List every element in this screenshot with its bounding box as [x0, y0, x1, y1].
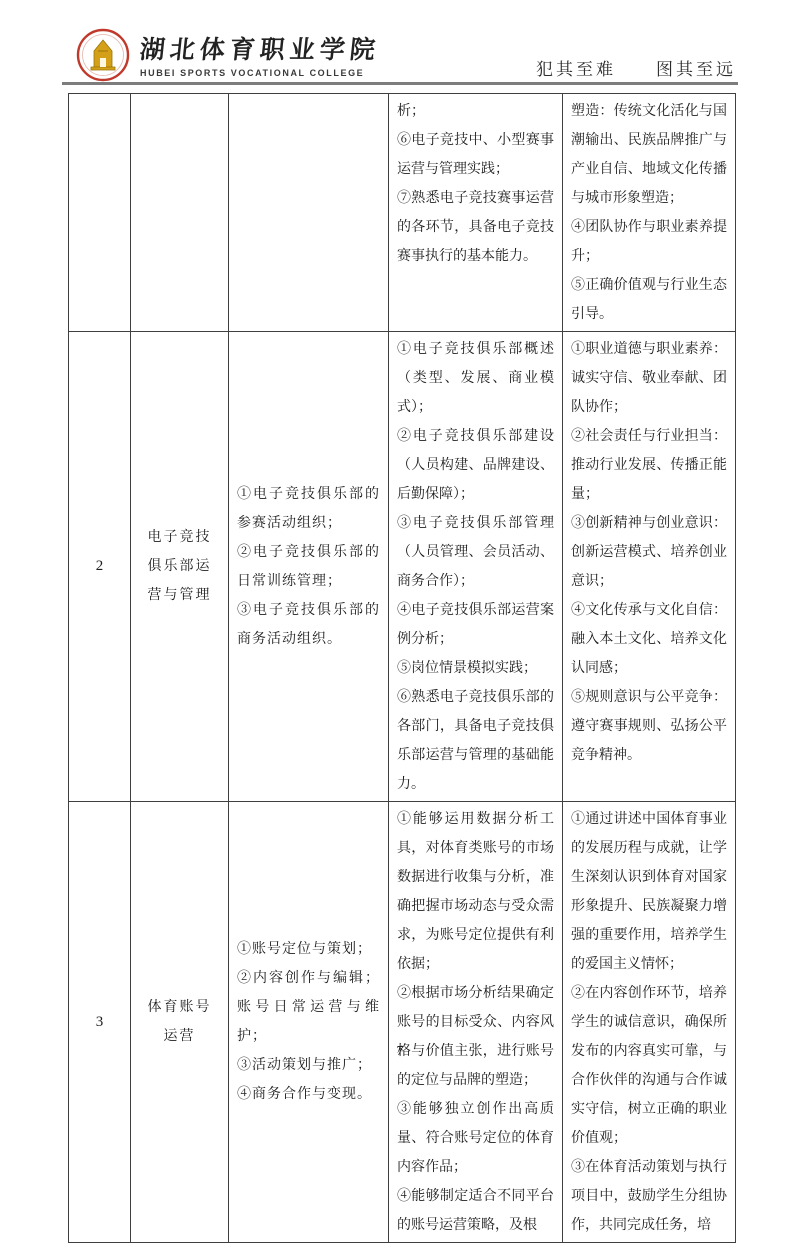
cell-tasks [229, 94, 389, 332]
cell-ideology-points: ①通过讲述中国体育事业的发展历程与成就，让学生深刻认识到体育对国家形象提升、民族… [563, 802, 736, 1243]
table-row-2: 2 电子竞技俱乐部运营与管理 ①电子竞技俱乐部的参赛活动组织； ②电子竞技俱乐部… [69, 332, 736, 802]
college-name-block: 湖北体育职业学院 HUBEI SPORTS VOCATIONAL COLLEGE [140, 30, 380, 78]
header-divider [62, 82, 738, 85]
cell-teaching-content: ①能够运用数据分析工具，对体育类账号的市场数据进行收集与分析，准确把握市场动态与… [389, 802, 563, 1243]
cell-number: 2 [69, 332, 131, 802]
cell-tasks: ①电子竞技俱乐部的参赛活动组织； ②电子竞技俱乐部的日常训练管理； ③电子竞技俱… [229, 332, 389, 802]
document-page: { "header": { "logo": "college-round-emb… [0, 0, 800, 1131]
college-motto: 犯其至难 图其至远 [536, 55, 736, 80]
college-name-english: HUBEI SPORTS VOCATIONAL COLLEGE [140, 68, 380, 78]
cell-number [69, 94, 131, 332]
cell-number: 3 [69, 802, 131, 1243]
course-content-table: 析； ⑥电子竞技中、小型赛事运营与管理实践； ⑦熟悉电子竞技赛事运营的各环节，具… [68, 93, 736, 1243]
cell-module-title: 体育账号运营 [131, 802, 229, 1243]
cell-module-title [131, 94, 229, 332]
cell-ideology-points: ①职业道德与职业素养：诚实守信、敬业奉献、团队协作； ②社会责任与行业担当：推动… [563, 332, 736, 802]
page-number: 7 [0, 1044, 800, 1060]
table-row-continuation: 析； ⑥电子竞技中、小型赛事运营与管理实践； ⑦熟悉电子竞技赛事运营的各环节，具… [69, 94, 736, 332]
cell-teaching-content: ①电子竞技俱乐部概述（类型、发展、商业模式）； ②电子竞技俱乐部建设（人员构建、… [389, 332, 563, 802]
table-row-3: 3 体育账号运营 ①账号定位与策划； ②内容创作与编辑；账号日常运营与维护； ③… [69, 802, 736, 1243]
college-emblem-icon [76, 28, 130, 82]
cell-ideology-points: 塑造：传统文化活化与国潮输出、民族品牌推广与产业自信、地域文化传播与城市形象塑造… [563, 94, 736, 332]
cell-tasks: ①账号定位与策划； ②内容创作与编辑；账号日常运营与维护； ③活动策划与推广； … [229, 802, 389, 1243]
cell-module-title: 电子竞技俱乐部运营与管理 [131, 332, 229, 802]
college-name-chinese: 湖北体育职业学院 [138, 30, 382, 66]
cell-teaching-content: 析； ⑥电子竞技中、小型赛事运营与管理实践； ⑦熟悉电子竞技赛事运营的各环节，具… [389, 94, 563, 332]
